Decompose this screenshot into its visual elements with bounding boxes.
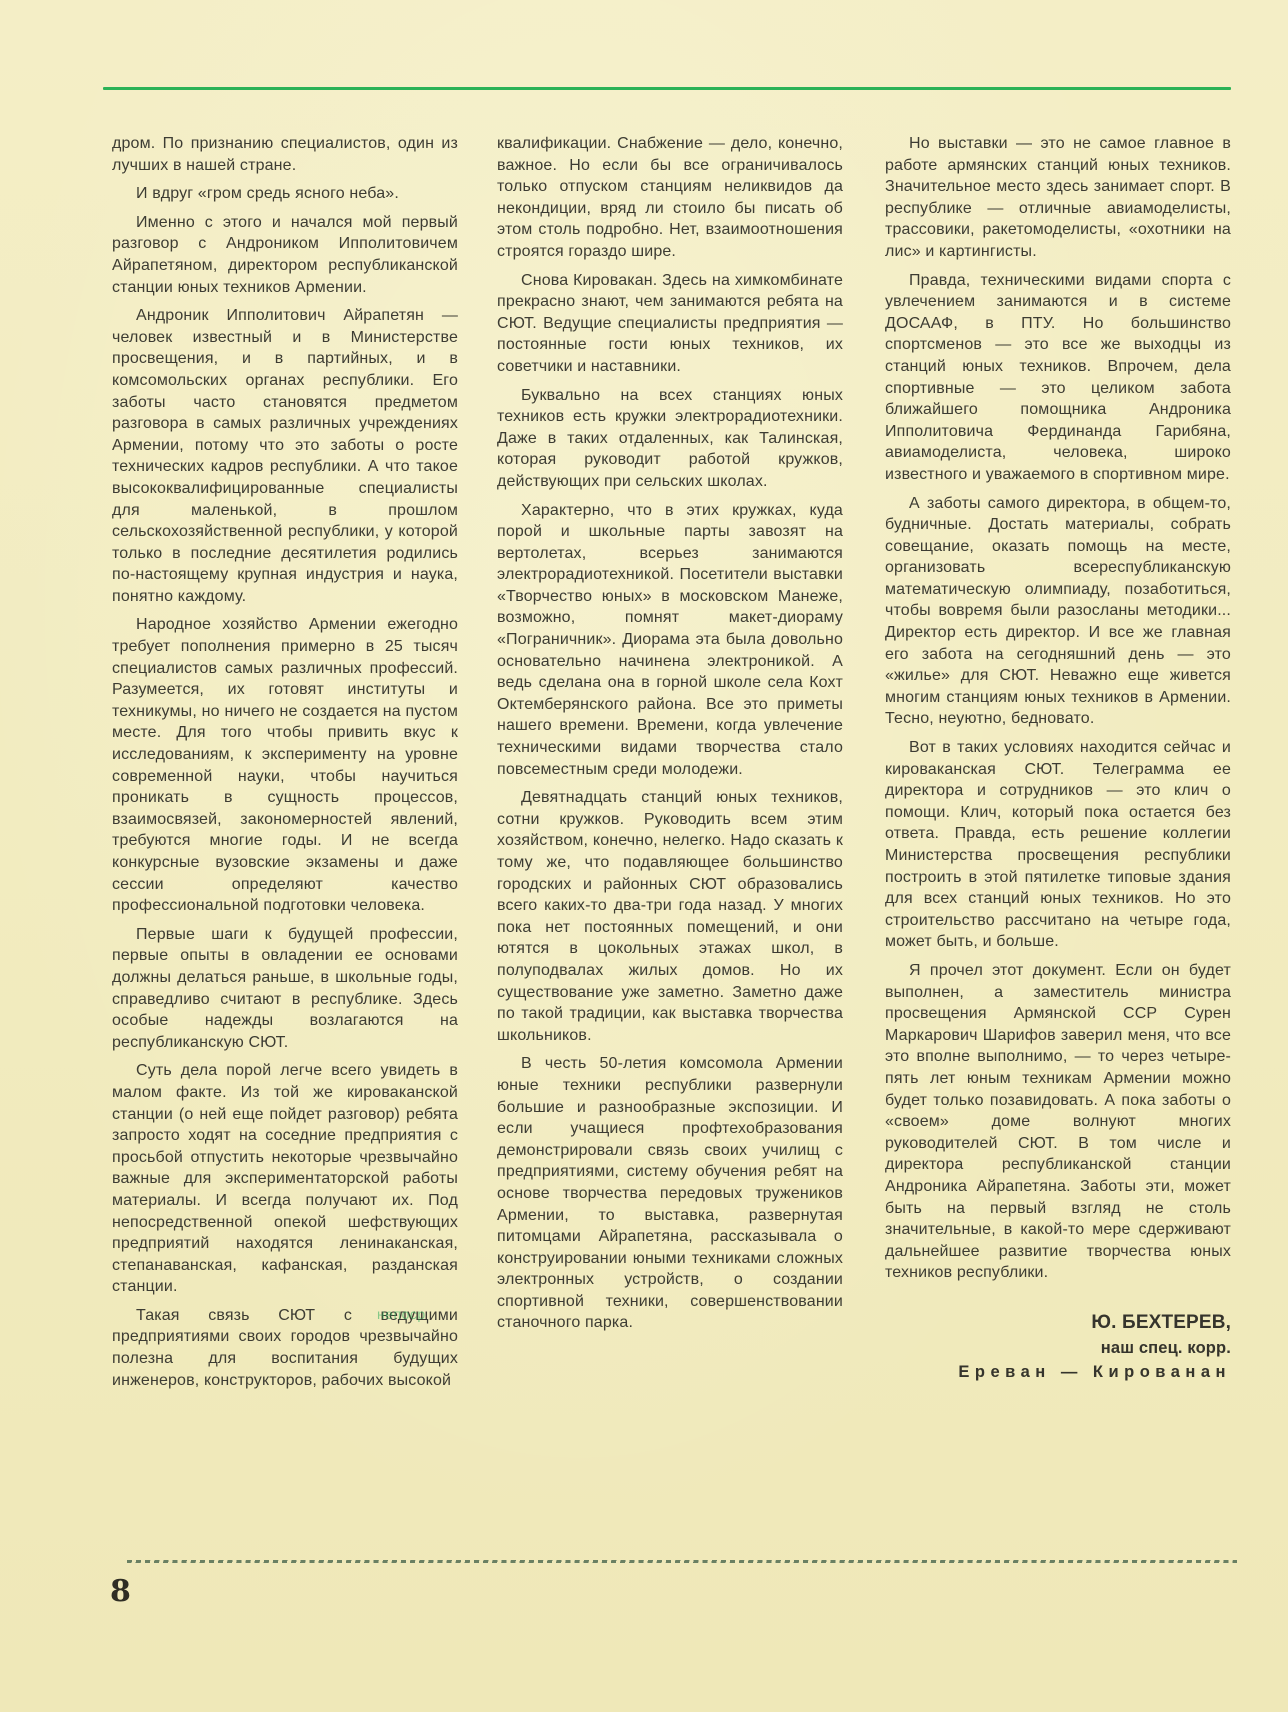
paragraph: Снова Кировакан. Здесь на химкомбинате п… — [497, 270, 843, 378]
article-column-2: квалификации. Снабжение — дело, конечно,… — [497, 133, 843, 1341]
paragraph: Буквально на всех станциях юных техников… — [497, 385, 843, 493]
paragraph: Но выставки — это не самое главное в раб… — [885, 133, 1231, 263]
stray-print-mark: непоср — [377, 1306, 426, 1322]
paragraph: Первые шаги к будущей профессии, первые … — [112, 924, 458, 1054]
paragraph: Андроник Ипполитович Айрапетян — человек… — [112, 305, 458, 607]
paragraph: Я прочел этот документ. Если он будет вы… — [885, 960, 1231, 1284]
paragraph: В честь 50-летия комсомола Армении юные … — [497, 1053, 843, 1334]
paragraph: дром. По признанию специалистов, один из… — [112, 133, 458, 176]
top-rule — [103, 87, 1231, 90]
paragraph: Девятнадцать станций юных техников, сотн… — [497, 787, 843, 1046]
signature-role: наш спец. корр. — [885, 1336, 1231, 1360]
paragraph: И вдруг «гром средь ясного неба». — [112, 183, 458, 205]
paragraph: Правда, техническими видами спорта с увл… — [885, 270, 1231, 486]
paragraph: Характерно, что в этих кружках, куда пор… — [497, 500, 843, 781]
paragraph: Именно с этого и начался мой первый разг… — [112, 212, 458, 298]
paragraph: Народное хозяйство Армении ежегодно треб… — [112, 614, 458, 916]
paragraph: квалификации. Снабжение — дело, конечно,… — [497, 133, 843, 263]
paragraph: Суть дела порой легче всего увидеть в ма… — [112, 1060, 458, 1298]
magazine-page: дром. По признанию специалистов, один из… — [0, 0, 1288, 1712]
paragraph: А заботы самого директора, в общем-то, б… — [885, 493, 1231, 731]
signature-author: Ю. БЕХТЕРЕВ, — [885, 1310, 1231, 1336]
article-column-1: дром. По признанию специалистов, один из… — [112, 133, 458, 1398]
paragraph: Вот в таких условиях находится сейчас и … — [885, 737, 1231, 953]
signature-dateline: Ереван — Кированан — [885, 1360, 1231, 1385]
signature-block: Ю. БЕХТЕРЕВ, наш спец. корр. Ереван — Ки… — [885, 1310, 1231, 1385]
bottom-rule — [127, 1560, 1237, 1563]
page-number: 8 — [110, 1574, 131, 1609]
article-column-3: Но выставки — это не самое главное в раб… — [885, 133, 1231, 1385]
